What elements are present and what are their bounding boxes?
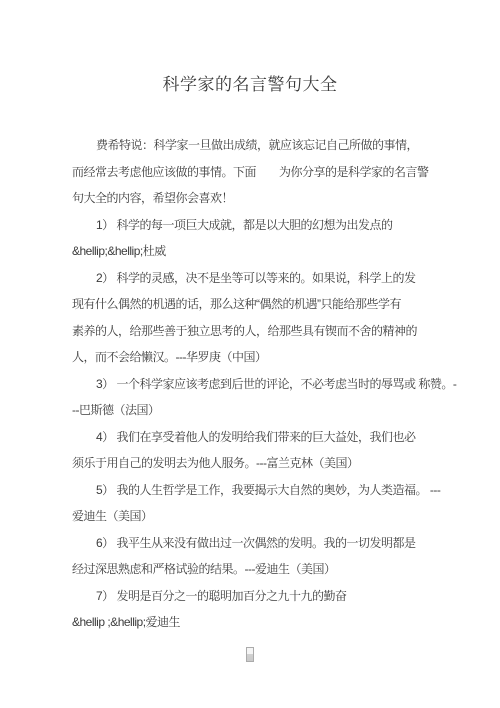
- text-line: 1） 科学的每一项巨大成就，都是以大胆的幻想为出发点的: [72, 212, 434, 239]
- text-line: 5） 我的人生哲学是工作，我要揭示大自然的奥妙，为人类造福。 ---: [72, 477, 434, 504]
- text-line: 6） 我平生从来没有做出过一次偶然的发明。我的一切发明都是: [72, 530, 434, 557]
- page-title: 科学家的名言警句大全: [0, 75, 500, 95]
- text-line: 爱迪生（美国）: [72, 503, 434, 530]
- text-line: 3） 一个科学家应该考虑到后世的评论，不必考虑当时的辱骂或 称赞。-: [72, 371, 434, 398]
- text-line: 而经常去考虑他应该做的事情。下面 为你分享的是科学家的名言警: [72, 159, 434, 186]
- text-line: &hellip;&hellip;杜威: [72, 238, 434, 265]
- text-line: 费希特说：科学家一旦做出成绩，就应该忘记自己所做的事情，: [72, 132, 434, 159]
- text-line: 句大全的内容，希望你会喜欢！: [72, 185, 434, 212]
- text-line: 素养的人，给那些善于独立思考的人，给那些具有锲而不舍的精神的: [72, 318, 434, 345]
- document-page: 科学家的名言警句大全 费希特说：科学家一旦做出成绩，就应该忘记自己所做的事情，而…: [0, 0, 500, 708]
- text-line: &hellip ;&hellip;爱迪生: [72, 609, 434, 636]
- missing-glyph-box: [246, 647, 254, 662]
- text-line: 人，而不会给懒汉。---华罗庚（中国）: [72, 344, 434, 371]
- text-line: 经过深思熟虑和严格试验的结果。---爱迪生（美国）: [72, 556, 434, 583]
- text-line: 4） 我们在享受着他人的发明给我们带来的巨大益处，我们也必: [72, 424, 434, 451]
- text-line: 须乐于用自己的发明去为他人服务。---富兰克林（美国）: [72, 450, 434, 477]
- text-line: 现有什么偶然的机遇的话，那么这种“偶然的机遇”只能给那些学有: [72, 291, 434, 318]
- document-body: 费希特说：科学家一旦做出成绩，就应该忘记自己所做的事情，而经常去考虑他应该做的事…: [72, 132, 434, 636]
- text-line: 2） 科学的灵感，决不是坐等可以等来的。如果说，科学上的发: [72, 265, 434, 292]
- text-line: --巴斯德（法国）: [72, 397, 434, 424]
- text-line: 7） 发明是百分之一的聪明加百分之九十九的勤奋: [72, 583, 434, 610]
